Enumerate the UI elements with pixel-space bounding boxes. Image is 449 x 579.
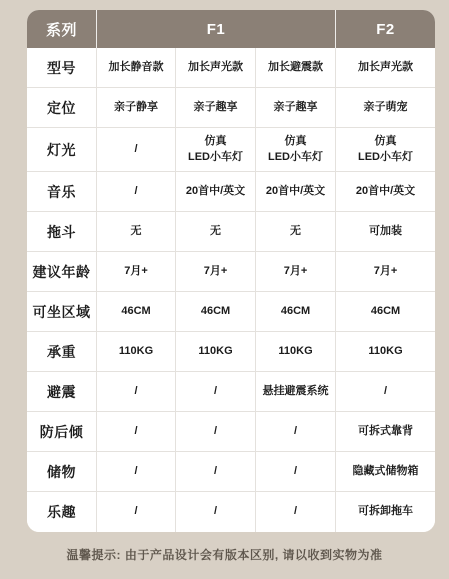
- footer-note: 温馨提示: 由于产品设计会有版本区别, 请以收到实物为准: [0, 546, 449, 563]
- row-label: 防后倾: [27, 412, 97, 452]
- spec-value: /: [336, 372, 435, 412]
- spec-value: /: [176, 412, 256, 452]
- spec-value: 110KG: [176, 332, 256, 372]
- spec-value: 110KG: [97, 332, 176, 372]
- spec-value: 可拆卸拖车: [336, 492, 435, 532]
- row-label: 乐趣: [27, 492, 97, 532]
- row-label: 建议年龄: [27, 252, 97, 292]
- spec-value: 可加装: [336, 212, 435, 252]
- row-label: 拖斗: [27, 212, 97, 252]
- spec-value: 20首中/英文: [256, 172, 336, 212]
- spec-value: /: [97, 412, 176, 452]
- spec-value: /: [176, 452, 256, 492]
- spec-value: 加长声光款: [336, 48, 435, 88]
- row-label: 灯光: [27, 128, 97, 172]
- spec-value: 20首中/英文: [336, 172, 435, 212]
- spec-value: 亲子趣享: [176, 88, 256, 128]
- spec-row-seating-area: 可坐区域 46CM 46CM 46CM 46CM: [27, 292, 435, 332]
- spec-value: 46CM: [97, 292, 176, 332]
- spec-value: 悬挂避震系统: [256, 372, 336, 412]
- spec-value: 隐藏式储物箱: [336, 452, 435, 492]
- spec-value: 仿真 LED小车灯: [336, 128, 435, 172]
- spec-value: /: [256, 492, 336, 532]
- spec-value: 仿真 LED小车灯: [256, 128, 336, 172]
- spec-row-model: 型号 加长静音款 加长声光款 加长避震款 加长声光款: [27, 48, 435, 88]
- row-label: 音乐: [27, 172, 97, 212]
- spec-value: 110KG: [336, 332, 435, 372]
- spec-value: 7月+: [256, 252, 336, 292]
- spec-value: 无: [97, 212, 176, 252]
- spec-value: /: [97, 172, 176, 212]
- spec-row-recommended-age: 建议年龄 7月+ 7月+ 7月+ 7月+: [27, 252, 435, 292]
- row-label: 型号: [27, 48, 97, 88]
- row-label: 避震: [27, 372, 97, 412]
- spec-value: 加长避震款: [256, 48, 336, 88]
- spec-value: 亲子静享: [97, 88, 176, 128]
- header-group-f1: F1: [97, 10, 336, 48]
- spec-value: 20首中/英文: [176, 172, 256, 212]
- spec-value: /: [97, 492, 176, 532]
- spec-value: 可拆式靠背: [336, 412, 435, 452]
- spec-value: /: [97, 452, 176, 492]
- spec-value: /: [176, 492, 256, 532]
- header-series-label: 系列: [27, 10, 97, 48]
- spec-row-trailer: 拖斗 无 无 无 可加装: [27, 212, 435, 252]
- row-label: 承重: [27, 332, 97, 372]
- spec-value: 亲子趣享: [256, 88, 336, 128]
- spec-row-anti-tipback: 防后倾 / / / 可拆式靠背: [27, 412, 435, 452]
- row-label: 可坐区域: [27, 292, 97, 332]
- page: 系列 F1 F2 型号 加长静音款 加长声光款 加长避震款 加长声光款 定位 亲…: [0, 0, 449, 579]
- spec-value: 7月+: [336, 252, 435, 292]
- row-label: 储物: [27, 452, 97, 492]
- spec-row-positioning: 定位 亲子静享 亲子趣享 亲子趣享 亲子萌宠: [27, 88, 435, 128]
- spec-row-music: 音乐 / 20首中/英文 20首中/英文 20首中/英文: [27, 172, 435, 212]
- spec-value: /: [97, 128, 176, 172]
- header-group-f2: F2: [336, 10, 435, 48]
- spec-value: 仿真 LED小车灯: [176, 128, 256, 172]
- spec-row-load-capacity: 承重 110KG 110KG 110KG 110KG: [27, 332, 435, 372]
- spec-value: 110KG: [256, 332, 336, 372]
- spec-table: 系列 F1 F2 型号 加长静音款 加长声光款 加长避震款 加长声光款 定位 亲…: [27, 10, 435, 532]
- spec-value: 亲子萌宠: [336, 88, 435, 128]
- spec-value: 7月+: [176, 252, 256, 292]
- spec-value: 加长静音款: [97, 48, 176, 88]
- table-header-row: 系列 F1 F2: [27, 10, 435, 48]
- spec-value: 46CM: [176, 292, 256, 332]
- spec-row-lights: 灯光 / 仿真 LED小车灯 仿真 LED小车灯 仿真 LED小车灯: [27, 128, 435, 172]
- spec-value: 46CM: [256, 292, 336, 332]
- spec-value: /: [256, 452, 336, 492]
- spec-row-fun: 乐趣 / / / 可拆卸拖车: [27, 492, 435, 532]
- row-label: 定位: [27, 88, 97, 128]
- spec-value: 7月+: [97, 252, 176, 292]
- spec-value: /: [97, 372, 176, 412]
- spec-value: 加长声光款: [176, 48, 256, 88]
- spec-value: /: [176, 372, 256, 412]
- spec-row-storage: 储物 / / / 隐藏式储物箱: [27, 452, 435, 492]
- spec-value: 无: [256, 212, 336, 252]
- spec-value: 无: [176, 212, 256, 252]
- spec-value: /: [256, 412, 336, 452]
- spec-value: 46CM: [336, 292, 435, 332]
- spec-row-shock-absorption: 避震 / / 悬挂避震系统 /: [27, 372, 435, 412]
